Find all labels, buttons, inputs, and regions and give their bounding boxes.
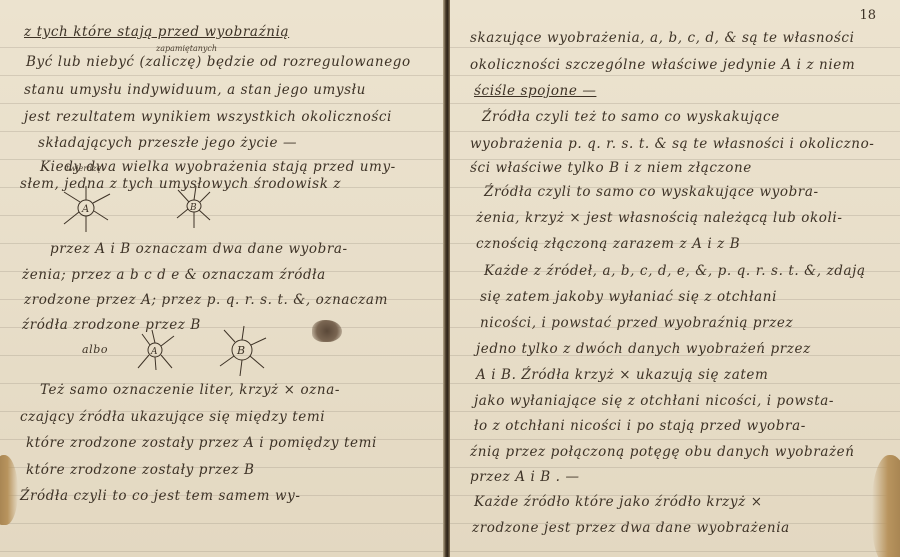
text-line: przez A i B . — — [470, 469, 580, 485]
diagram-prefix: albo — [82, 343, 108, 356]
svg-text:A: A — [81, 204, 89, 215]
diagram-star-a: A — [56, 184, 116, 238]
text-line: się zatem jakoby wyłaniać się z otchłani — [480, 289, 777, 305]
text-line: Źródła czyli to samo co wyskakujące wyob… — [484, 184, 819, 200]
text-line: ściśle spojone — — [474, 83, 596, 99]
text-line: wyobrażenia p. q. r. s. t. & są te własn… — [470, 136, 874, 152]
text-line: Źródła czyli to co jest tem samem wy- — [20, 488, 301, 504]
water-stain — [872, 455, 900, 557]
text-line: ło z otchłani nicości i po stają przed w… — [474, 418, 806, 434]
text-line: A i B. Źródła krzyż × ukazują się zatem — [476, 367, 768, 383]
text-line: żenia; przez a b c d e & oznaczam źródła — [22, 267, 326, 283]
notebook-spread: z tych które stają przed wyobraźnią zapa… — [0, 0, 900, 557]
text-line: które zrodzone zostały przez B — [26, 462, 254, 478]
text-line: Każde z źródeł, a, b, c, d, e, &, p. q. … — [484, 263, 866, 279]
diagram-star-b: B — [174, 184, 214, 234]
interlinear-note: twierdzę — [66, 164, 101, 173]
diagram-star-a-2: A — [130, 328, 180, 378]
text-line: z tych które stają przed wyobraźnią — [24, 24, 289, 40]
text-line: stanu umysłu indywiduum, a stan jego umy… — [24, 82, 366, 98]
svg-text:B: B — [236, 344, 245, 357]
page-number: 18 — [859, 8, 876, 23]
svg-text:A: A — [150, 347, 158, 357]
text-line: które zrodzone zostały przez A i pomiędz… — [26, 435, 377, 451]
text-line: nicości, i powstać przed wyobraźnią prze… — [480, 315, 793, 331]
left-page: z tych które stają przed wyobraźnią zapa… — [0, 0, 444, 557]
text-line: Też samo oznaczenie liter, krzyż × ozna- — [40, 382, 340, 398]
text-line: Każde źródło które jako źródło krzyż × — [474, 494, 763, 510]
text-line: czający źródła ukazujące się między temi — [20, 409, 325, 425]
text-line: Być lub niebyć (zaliczę) będzie od rozre… — [26, 54, 411, 70]
ink-blot — [312, 320, 342, 342]
right-page: 18 skazujące wyobrażenia, a, b, c, d, & … — [450, 0, 900, 557]
text-line: jako wyłaniające się z otchłani nicości,… — [474, 393, 834, 409]
text-line: okoliczności szczególne właściwe jedynie… — [470, 57, 855, 73]
svg-text:B: B — [189, 203, 197, 213]
text-line: jest rezultatem wynikiem wszystkich okol… — [24, 109, 392, 125]
text-line: jedno tylko z dwóch danych wyobrażeń prz… — [476, 341, 811, 357]
text-line: skazujące wyobrażenia, a, b, c, d, & są … — [470, 30, 854, 46]
text-line: ści właściwe tylko B i z niem złączone — [470, 160, 752, 176]
diagram-star-b-2: B — [212, 322, 272, 382]
text-line: żenia, krzyż × jest własnością należącą … — [476, 210, 843, 226]
text-line: cznością złączoną zarazem z A i z B — [476, 236, 740, 252]
text-line: składających przeszłe jego życie — — [38, 135, 297, 151]
text-line: zrodzone jest przez dwa dane wyobrażenia — [472, 520, 790, 536]
text-line: przez A i B oznaczam dwa dane wyobra- — [50, 241, 348, 257]
interlinear-note: zapamiętanych — [156, 44, 217, 53]
text-line: zrodzone przez A; przez p. q. r. s. t. &… — [24, 292, 388, 308]
text-line: źnią przez połączoną potęgę obu danych w… — [470, 444, 855, 460]
text-line: Źródła czyli też to samo co wyskakujące — [482, 109, 780, 125]
